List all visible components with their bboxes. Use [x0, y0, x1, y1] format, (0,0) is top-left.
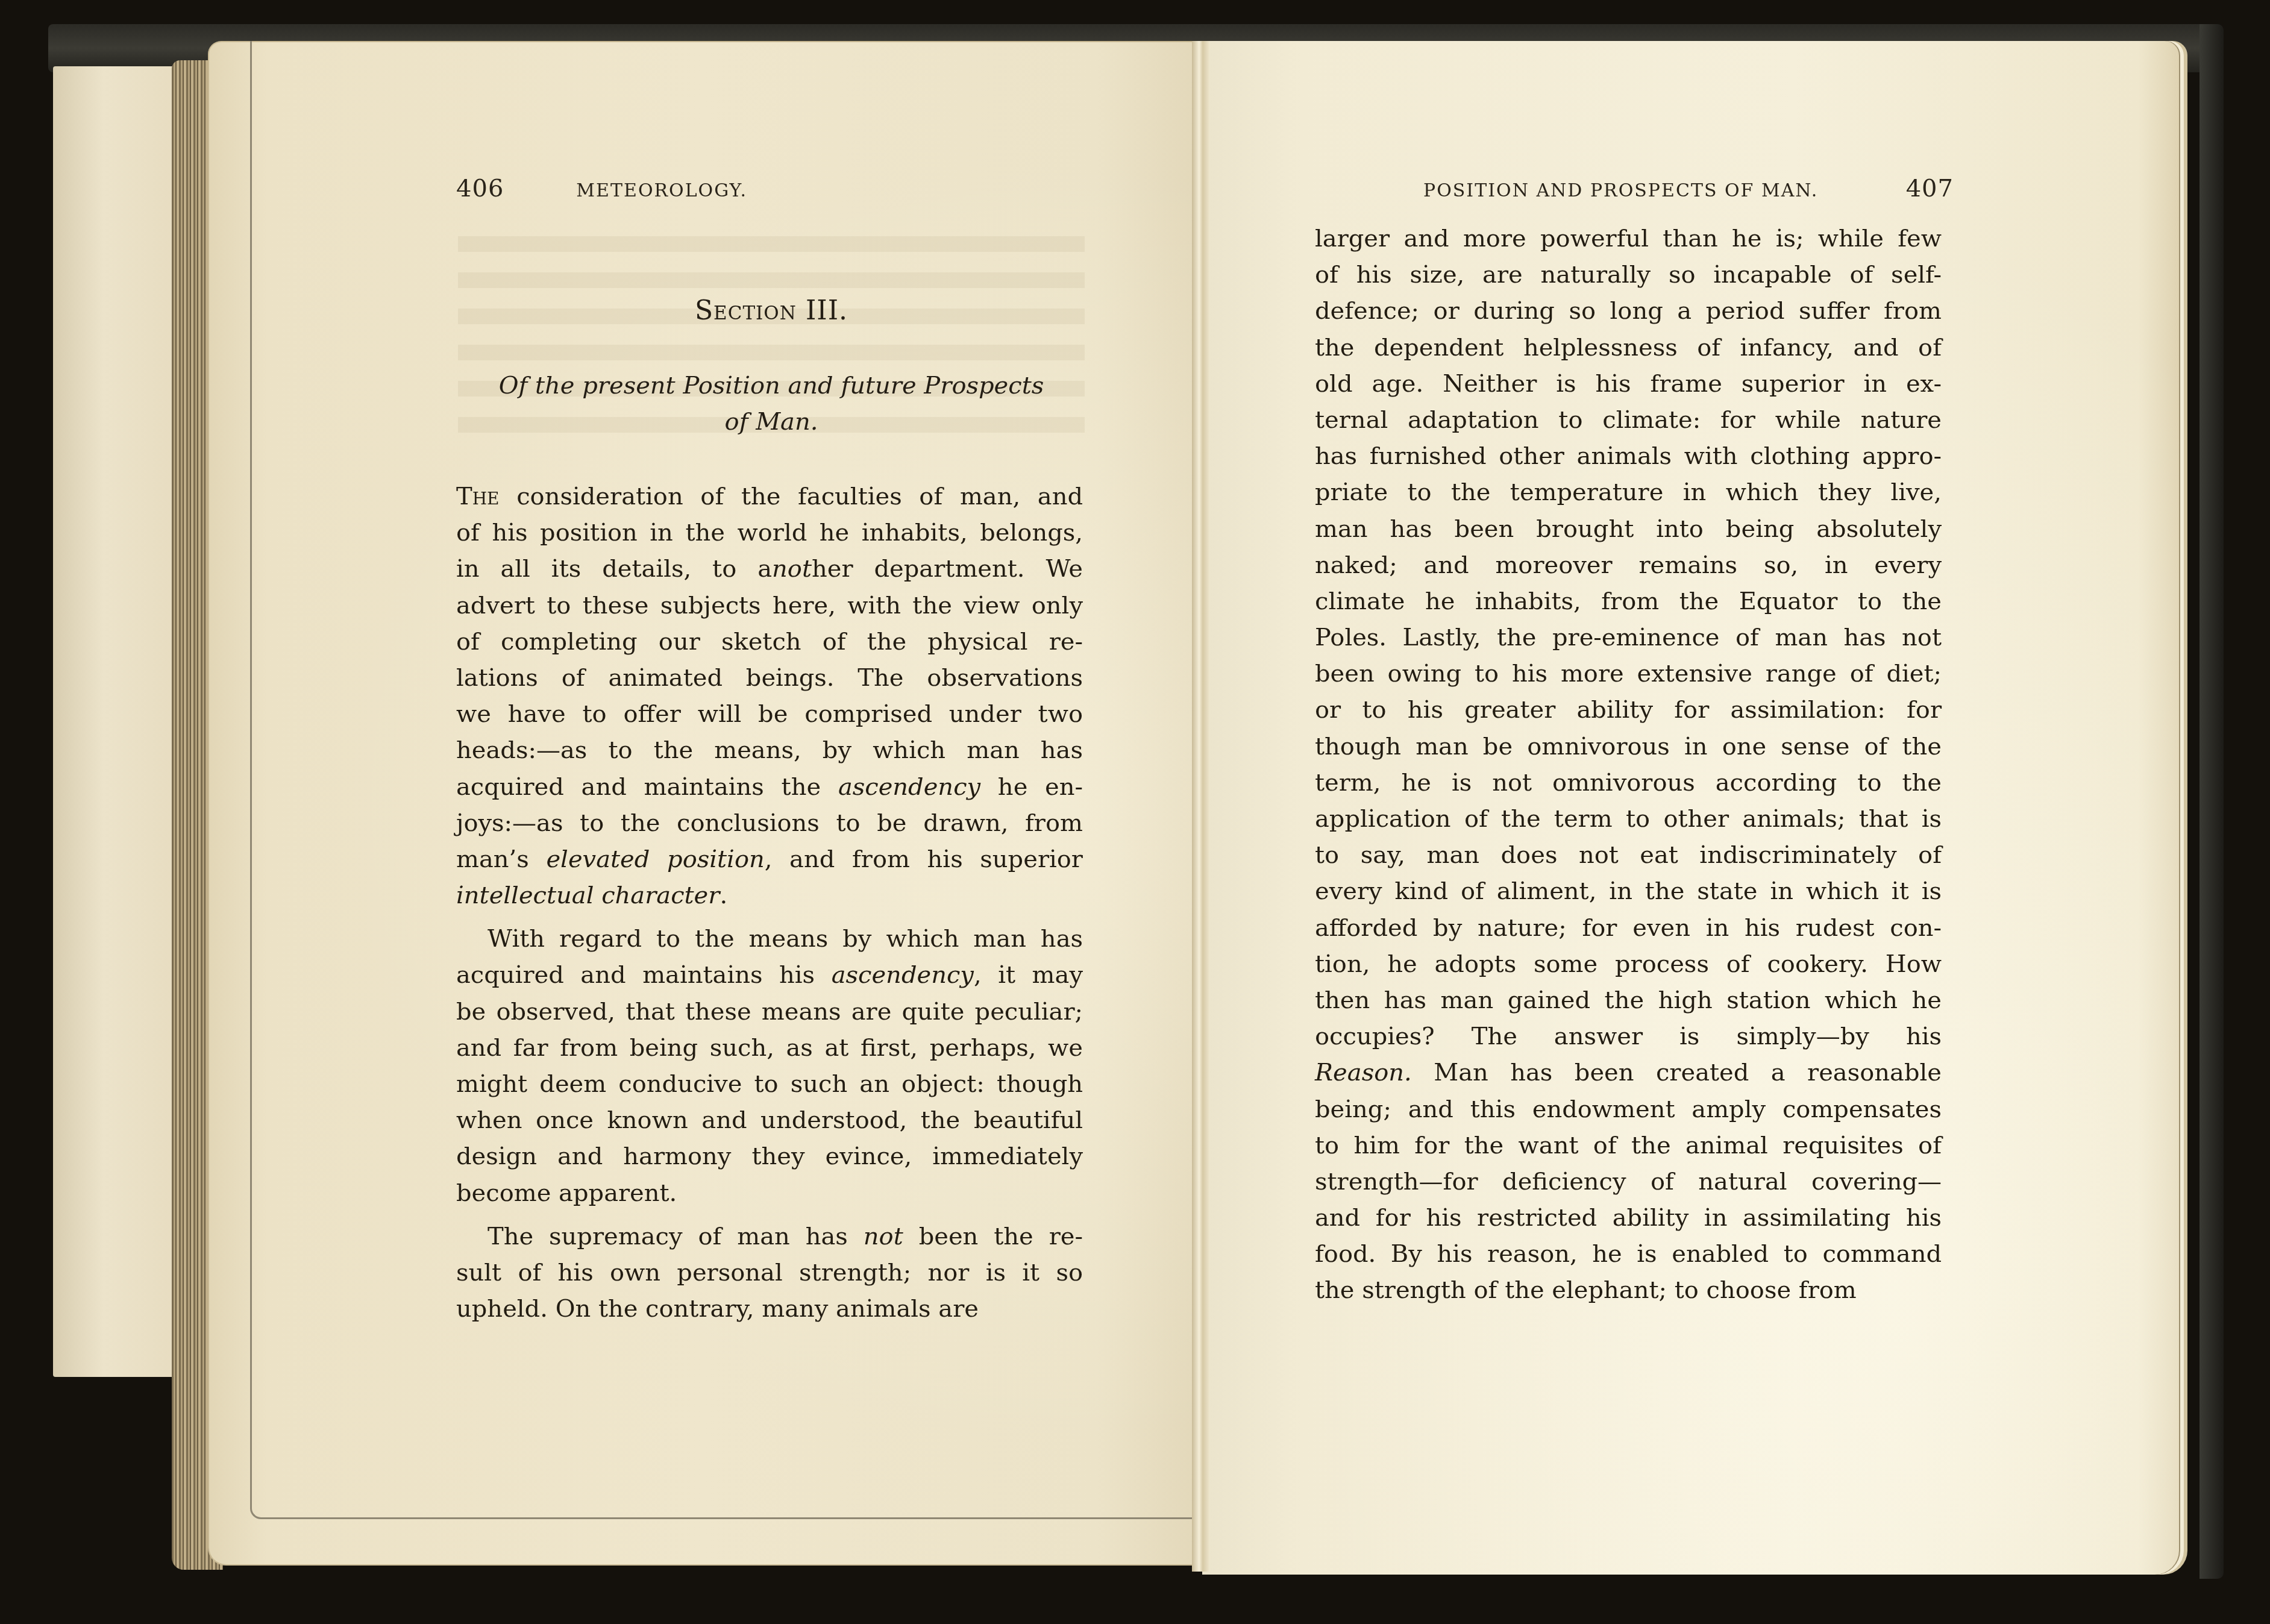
text-line: of his position in the world he inhabits…: [456, 515, 1083, 551]
text-line: though man be omnivorous in one sense of…: [1315, 729, 1942, 765]
page-number-left: 406: [456, 175, 504, 202]
page-number-right: 407: [1906, 175, 1954, 202]
text-line: been owing to his more extensive range o…: [1315, 656, 1942, 692]
text-line: application of the term to other animals…: [1315, 801, 1942, 837]
text-line: lations of animated beings. The observat…: [456, 660, 1083, 696]
flyleaf: [53, 66, 180, 1377]
running-head-title-right: POSITION AND PROSPECTS OF MAN.: [1423, 180, 1818, 201]
text-line: priate to the temperature in which they …: [1315, 474, 1942, 510]
text-line: being; and this endowment amply compensa…: [1315, 1091, 1942, 1127]
text-line: heads:—as to the means, by which man has: [456, 732, 1083, 768]
text-line: occupies? The answer is simply—by his: [1315, 1018, 1942, 1055]
text-line: of completing our sketch of the physical…: [456, 624, 1083, 660]
text-line: to say, man does not eat indiscriminatel…: [1315, 837, 1942, 873]
text-line: be observed, that these means are quite …: [456, 994, 1083, 1030]
text-line: upheld. On the contrary, many animals ar…: [456, 1291, 1083, 1327]
text-line: man has been brought into being absolute…: [1315, 511, 1942, 547]
left-running-head: 406 METEOROLOGY.: [456, 175, 1083, 202]
text-line: in all its details, to another departmen…: [456, 551, 1083, 587]
text-line: acquired and maintains his ascendency, i…: [456, 957, 1083, 993]
text-line: we have to offer will be comprised under…: [456, 696, 1083, 732]
text-line: joys:—as to the conclusions to be drawn,…: [456, 805, 1083, 841]
text-line: then has man gained the high station whi…: [1315, 982, 1942, 1018]
book-gutter: [1192, 41, 1210, 1572]
text-line: advert to these subjects here, with the …: [456, 588, 1083, 624]
text-line: larger and more powerful than he is; whi…: [1315, 221, 1942, 257]
text-line: might deem conducive to such an object: …: [456, 1066, 1083, 1102]
text-line: old age. Neither is his frame superior i…: [1315, 366, 1942, 402]
book-cover-right: [2199, 24, 2224, 1579]
text-line: to him for the want of the animal requis…: [1315, 1127, 1942, 1164]
text-line: design and harmony they evince, immediat…: [456, 1138, 1083, 1174]
text-line: every kind of aliment, in the state in w…: [1315, 873, 1942, 909]
text-line: Poles. Lastly, the pre-eminence of man h…: [1315, 619, 1942, 656]
text-line: defence; or during so long a period suff…: [1315, 293, 1942, 329]
text-line: The consideration of the faculties of ma…: [456, 478, 1083, 515]
section-subtitle-line: of Man.: [458, 404, 1085, 440]
text-line: tion, he adopts some process of cookery.…: [1315, 946, 1942, 982]
text-line: acquired and maintains the ascendency he…: [456, 769, 1083, 805]
text-line: become apparent.: [456, 1175, 1083, 1211]
section-subtitle: Of the present Position and future Prosp…: [458, 368, 1085, 440]
text-line: the dependent helplessness of infancy, a…: [1315, 330, 1942, 366]
section-subtitle-line: Of the present Position and future Prosp…: [458, 368, 1085, 404]
text-line: food. By his reason, he is enabled to co…: [1315, 1236, 1942, 1272]
text-line: The supremacy of man has not been the re…: [456, 1218, 1083, 1255]
text-line: naked; and moreover remains so, in every: [1315, 547, 1942, 583]
right-body-text: larger and more powerful than he is; whi…: [1315, 221, 1942, 1309]
right-running-head: POSITION AND PROSPECTS OF MAN. 407: [1423, 175, 1954, 202]
text-line: and for his restricted ability in assimi…: [1315, 1200, 1942, 1236]
text-line: or to his greater ability for assimilati…: [1315, 692, 1942, 728]
text-line: intellectual character.: [456, 877, 1083, 914]
running-head-title-left: METEOROLOGY.: [576, 180, 747, 201]
text-line: With regard to the means by which man ha…: [456, 921, 1083, 957]
text-line: and far from being such, as at first, pe…: [456, 1030, 1083, 1066]
left-body-text: The consideration of the faculties of ma…: [456, 478, 1083, 1327]
text-line: when once known and understood, the beau…: [456, 1102, 1083, 1138]
text-line: ternal adaptation to climate: for while …: [1315, 402, 1942, 438]
text-line: afforded by nature; for even in his rude…: [1315, 910, 1942, 946]
text-line: strength—for deficiency of natural cover…: [1315, 1164, 1942, 1200]
text-line: has furnished other animals with clothin…: [1315, 438, 1942, 474]
text-line: term, he is not omnivorous according to …: [1315, 765, 1942, 801]
text-line: man’s elevated position, and from his su…: [456, 841, 1083, 877]
text-line: Reason. Man has been created a reasonabl…: [1315, 1055, 1942, 1091]
section-heading: Section III.: [458, 295, 1085, 326]
text-line: sult of his own personal strength; nor i…: [456, 1255, 1083, 1291]
text-line: the strength of the elephant; to choose …: [1315, 1272, 1942, 1308]
text-line: of his size, are naturally so incapable …: [1315, 257, 1942, 293]
text-line: climate he inhabits, from the Equator to…: [1315, 583, 1942, 619]
